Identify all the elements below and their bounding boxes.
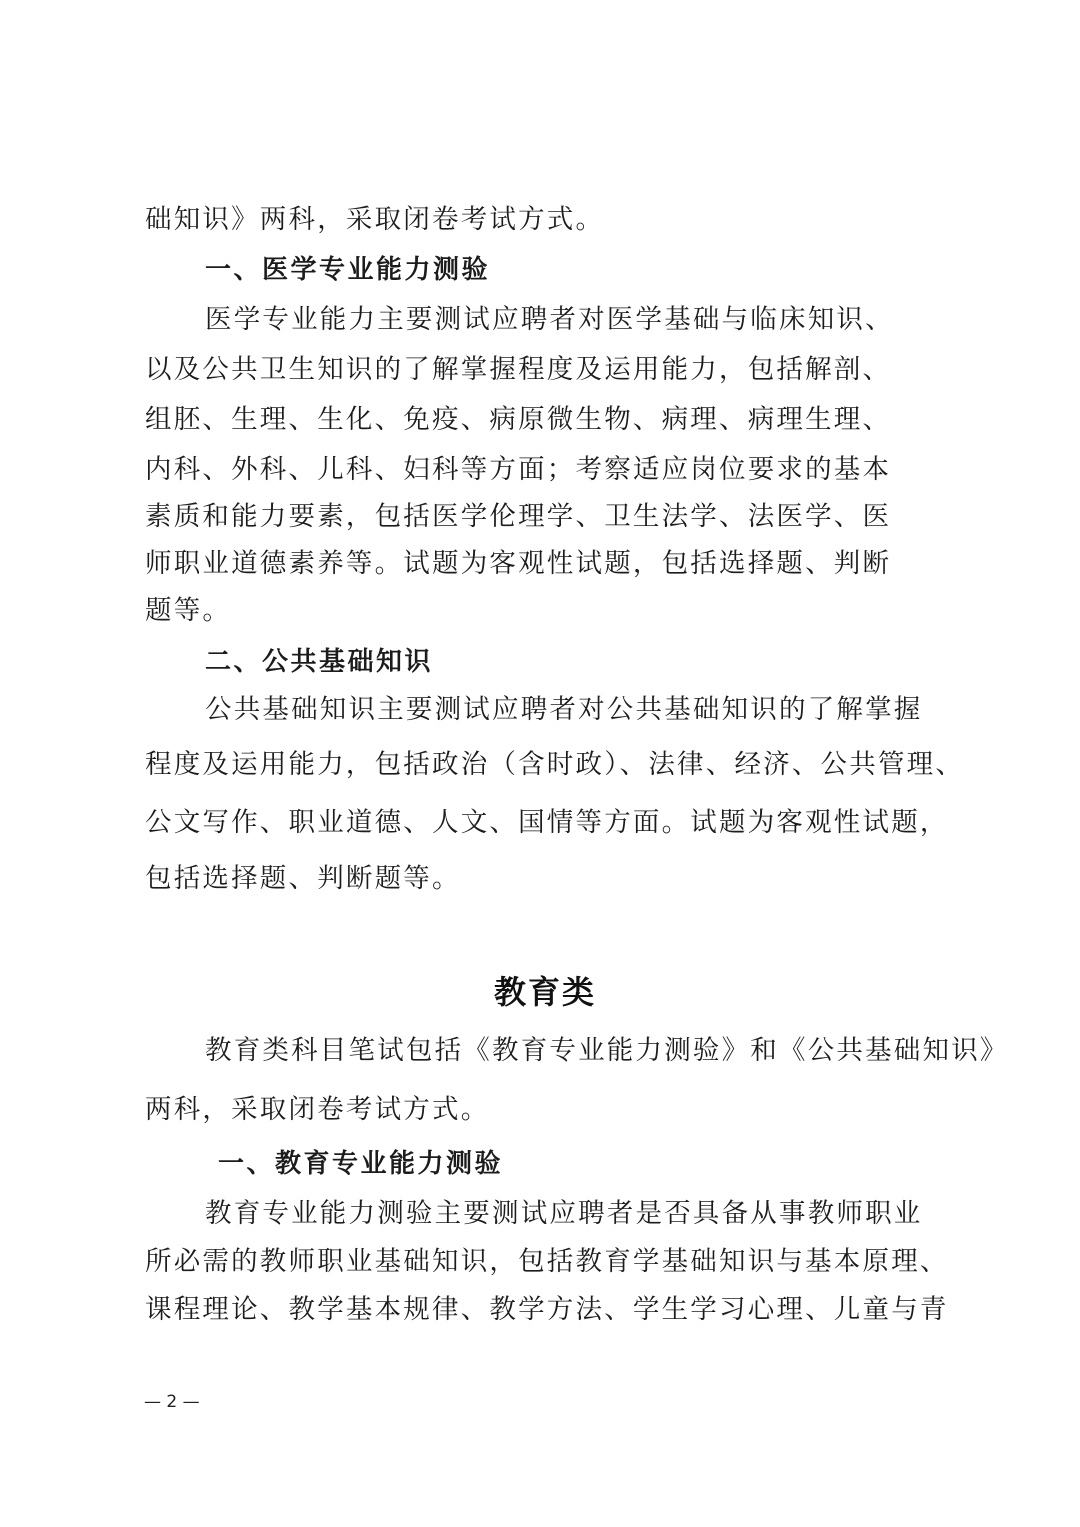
medical-section1-line-3: 组胚、生理、生化、免疫、病原微生物、病理、病理生理、: [145, 403, 891, 437]
education-intro-line-1: 教育类科目笔试包括《教育专业能力测验》和《公共基础知识》: [205, 1034, 1009, 1068]
medical-section2-line-2: 程度及运用能力，包括政治（含时政）、法律、经济、公共管理、: [145, 748, 964, 782]
education-section1-line-2: 所必需的教师职业基础知识，包括教育学基础知识与基本原理、: [145, 1245, 949, 1279]
medical-section2-line-1: 公共基础知识主要测试应聘者对公共基础知识的了解掌握: [205, 693, 923, 727]
medical-section1-line-5: 素质和能力要素，包括医学伦理学、卫生法学、法医学、医: [145, 500, 891, 534]
medical-section1-line-1: 医学专业能力主要测试应聘者对医学基础与临床知识、: [205, 303, 894, 337]
education-section1-heading: 一、教育专业能力测验: [218, 1147, 503, 1181]
medical-section2-line-3: 公文写作、职业道德、人文、国情等方面。试题为客观性试题，: [145, 806, 949, 840]
education-section1-line-3: 课程理论、教学基本规律、教学方法、学生学习心理、儿童与青: [145, 1293, 949, 1327]
medical-section2-heading: 二、公共基础知识: [205, 645, 433, 679]
education-section1-line-1: 教育专业能力测验主要测试应聘者是否具备从事教师职业: [205, 1197, 923, 1231]
medical-section1-line-4: 内科、外科、儿科、妇科等方面；考察适应岗位要求的基本: [145, 453, 891, 487]
medical-intro-continuation: 础知识》两科，采取闭卷考试方式。: [145, 203, 604, 237]
medical-section2-line-4: 包括选择题、判断题等。: [145, 862, 461, 896]
medical-section1-heading: 一、医学专业能力测验: [205, 253, 490, 287]
education-section-title: 教育类: [0, 972, 1080, 1012]
medical-section1-line-7: 题等。: [145, 594, 231, 628]
document-page: 础知识》两科，采取闭卷考试方式。 一、医学专业能力测验 医学专业能力主要测试应聘…: [0, 0, 1080, 1527]
education-intro-line-2: 两科，采取闭卷考试方式。: [145, 1093, 489, 1127]
medical-section1-line-2: 以及公共卫生知识的了解掌握程度及运用能力，包括解剖、: [145, 353, 891, 387]
medical-section1-line-6: 师职业道德素养等。试题为客观性试题，包括选择题、判断: [145, 547, 891, 581]
page-number: — 2 —: [144, 1392, 200, 1412]
